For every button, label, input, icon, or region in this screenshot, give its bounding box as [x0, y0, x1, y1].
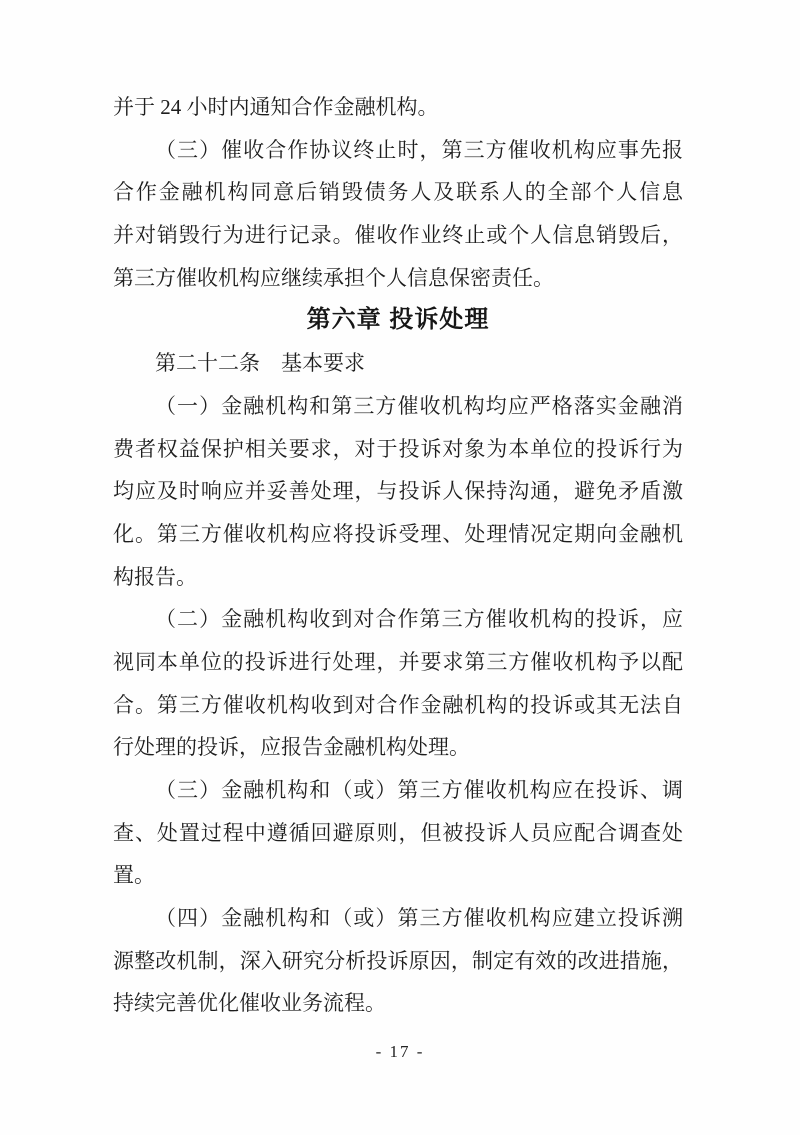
text-line: （一）金融机构和第三方催收机构均应严格落实金融消	[113, 385, 683, 428]
text-line: 合。第三方催收机构收到对合作金融机构的投诉或其无法自	[113, 684, 683, 727]
text-line: 并对销毁行为进行记录。催收作业终止或个人信息销毁后，	[113, 214, 683, 257]
document-page: 并于 24 小时内通知合作金融机构。（三）催收合作协议终止时，第三方催收机构应事…	[0, 0, 800, 1135]
paragraph: （四）金融机构和（或）第三方催收机构应建立投诉溯源整改机制，深入研究分析投诉原因…	[113, 897, 683, 1025]
text-line: 构报告。	[113, 556, 683, 599]
text-line: 查、处置过程中遵循回避原则，但被投诉人员应配合调查处	[113, 812, 683, 855]
text-line: 置。	[113, 854, 683, 897]
page-footer: - 17 -	[0, 1041, 800, 1063]
text-line: 源整改机制，深入研究分析投诉原因，制定有效的改进措施，	[113, 940, 683, 983]
chapter-heading: 第六章 投诉处理	[113, 299, 683, 342]
text-line: 行处理的投诉，应报告金融机构处理。	[113, 726, 683, 769]
paragraph: （三）金融机构和（或）第三方催收机构应在投诉、调查、处置过程中遵循回避原则，但被…	[113, 769, 683, 897]
document-body: 并于 24 小时内通知合作金融机构。（三）催收合作协议终止时，第三方催收机构应事…	[113, 86, 683, 1025]
paragraph: （二）金融机构收到对合作第三方催收机构的投诉，应视同本单位的投诉进行处理，并要求…	[113, 598, 683, 769]
text-line: 视同本单位的投诉进行处理，并要求第三方催收机构予以配	[113, 641, 683, 684]
text-line: 化。第三方催收机构应将投诉受理、处理情况定期向金融机	[113, 513, 683, 556]
text-line: 费者权益保护相关要求，对于投诉对象为本单位的投诉行为	[113, 428, 683, 471]
text-line: 第三方催收机构应继续承担个人信息保密责任。	[113, 257, 683, 300]
text-line: （三）催收合作协议终止时，第三方催收机构应事先报	[113, 129, 683, 172]
text-line: 并于 24 小时内通知合作金融机构。	[113, 86, 683, 129]
paragraph: （三）催收合作协议终止时，第三方催收机构应事先报合作金融机构同意后销毁债务人及联…	[113, 129, 683, 300]
text-line: 均应及时响应并妥善处理，与投诉人保持沟通，避免矛盾激	[113, 470, 683, 513]
text-line: 合作金融机构同意后销毁债务人及联系人的全部个人信息	[113, 171, 683, 214]
paragraph: 并于 24 小时内通知合作金融机构。	[113, 86, 683, 129]
paragraph: 第二十二条 基本要求	[113, 342, 683, 385]
text-line: （三）金融机构和（或）第三方催收机构应在投诉、调	[113, 769, 683, 812]
text-line: （四）金融机构和（或）第三方催收机构应建立投诉溯	[113, 897, 683, 940]
page-number: - 17 -	[376, 1042, 425, 1061]
text-line: （二）金融机构收到对合作第三方催收机构的投诉，应	[113, 598, 683, 641]
text-line: 持续完善优化催收业务流程。	[113, 982, 683, 1025]
paragraph: （一）金融机构和第三方催收机构均应严格落实金融消费者权益保护相关要求，对于投诉对…	[113, 385, 683, 598]
text-line: 第二十二条 基本要求	[113, 342, 683, 385]
